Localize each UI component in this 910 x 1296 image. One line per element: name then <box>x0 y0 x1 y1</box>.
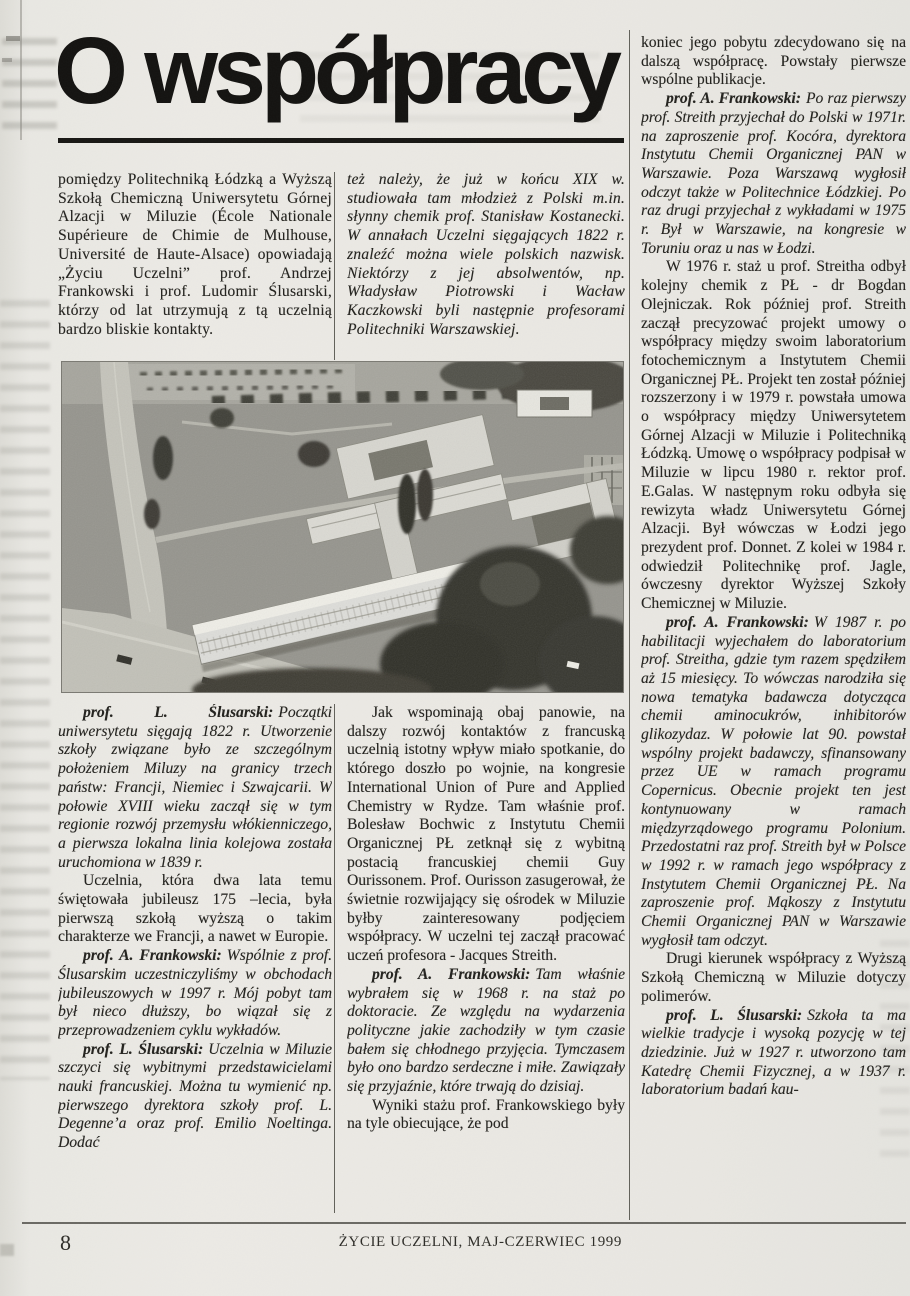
ink-mark <box>6 36 20 41</box>
qa-paragraph: prof. A. Frankowski:W 1987 r. po habilit… <box>641 614 906 951</box>
column2-text: Jak wspominają obaj panowie, na dalszy r… <box>347 704 625 1220</box>
ink-mark <box>0 1244 14 1256</box>
scan-edge-line <box>20 0 22 140</box>
page-title: O współpracy <box>54 12 629 134</box>
speaker-label: prof. A. Frankowski: <box>372 966 530 983</box>
bleedthrough-smudge <box>0 300 50 1080</box>
paragraph: Jak wspominają obaj panowie, na dalszy r… <box>347 704 625 966</box>
scanned-magazine-page: O współpracy pomiędzy Politechniką Łódzk… <box>0 0 910 1296</box>
answer-text: Po raz pierwszy prof. Streith przyjechał… <box>641 90 906 257</box>
paragraph: Wyniki stażu prof. Frankowskiego były na… <box>347 1097 625 1134</box>
qa-paragraph: prof. A. Frankowski:Wspólnie z prof. Ślu… <box>58 947 332 1041</box>
column3-text: koniec jego pobytu zdecydowano się na da… <box>641 34 906 1220</box>
paragraph: pomiędzy Politechniką Łódzką a Wyższą Sz… <box>58 171 332 339</box>
qa-paragraph: prof. L. Ślusarski:Szkoła ta ma wielkie … <box>641 1007 906 1101</box>
paragraph: też należy, że już w końcu XIX w. studio… <box>347 171 625 339</box>
answer-text: Początki uniwersytetu sięgają 1822 r. Ut… <box>58 704 332 871</box>
column-divider <box>334 172 335 360</box>
answer-text: W 1987 r. po habilitacji wyjechałem do l… <box>641 614 906 949</box>
intro-paragraph: pomiędzy Politechniką Łódzką a Wyższą Sz… <box>58 171 332 363</box>
speaker-label: prof. L. Ślusarski: <box>83 704 273 721</box>
footer-rule <box>22 1222 906 1224</box>
speaker-label: prof. A. Frankowski: <box>83 947 222 964</box>
qa-paragraph: prof. A. Frankowski:Po raz pierwszy prof… <box>641 90 906 258</box>
column-divider <box>629 30 630 1220</box>
speaker-label: prof. L. Ślusarski: <box>83 1041 203 1058</box>
qa-paragraph: prof. L. Ślusarski:Uczelnia w Miluzie sz… <box>58 1041 332 1153</box>
title-rule <box>58 138 624 143</box>
qa-paragraph: prof. L. Ślusarski:Początki uniwersytetu… <box>58 704 332 872</box>
paragraph: Uczelnia, która dwa lata temu świętowała… <box>58 872 332 947</box>
column1-text: prof. L. Ślusarski:Początki uniwersytetu… <box>58 704 332 1216</box>
speaker-label: prof. A. Frankowski: <box>666 90 801 107</box>
paragraph: Drugi kierunek współpracy z Wyższą Szkoł… <box>641 950 906 1006</box>
answer-text: Tam właśnie wybrałem się w 1968 r. na st… <box>347 966 625 1095</box>
bleedthrough-smudge <box>2 38 57 138</box>
column-divider <box>334 704 335 1213</box>
journal-issue-line: ŻYCIE UCZELNI, MAJ-CZERWIEC 1999 <box>300 1234 622 1251</box>
paragraph: W 1976 r. staż u prof. Streitha odbył ko… <box>641 258 906 613</box>
qa-paragraph: prof. A. Frankowski:Tam właśnie wybrałem… <box>347 966 625 1097</box>
speaker-label: prof. A. Frankowski: <box>666 614 809 631</box>
ink-mark <box>2 58 12 62</box>
paragraph: koniec jego pobytu zdecydowano się na da… <box>641 34 906 90</box>
speaker-label: prof. L. Ślusarski: <box>666 1007 802 1024</box>
campus-aerial-photo <box>62 362 623 692</box>
page-number: 8 <box>60 1230 71 1256</box>
column2-top-text: też należy, że już w końcu XIX w. studio… <box>347 171 625 363</box>
